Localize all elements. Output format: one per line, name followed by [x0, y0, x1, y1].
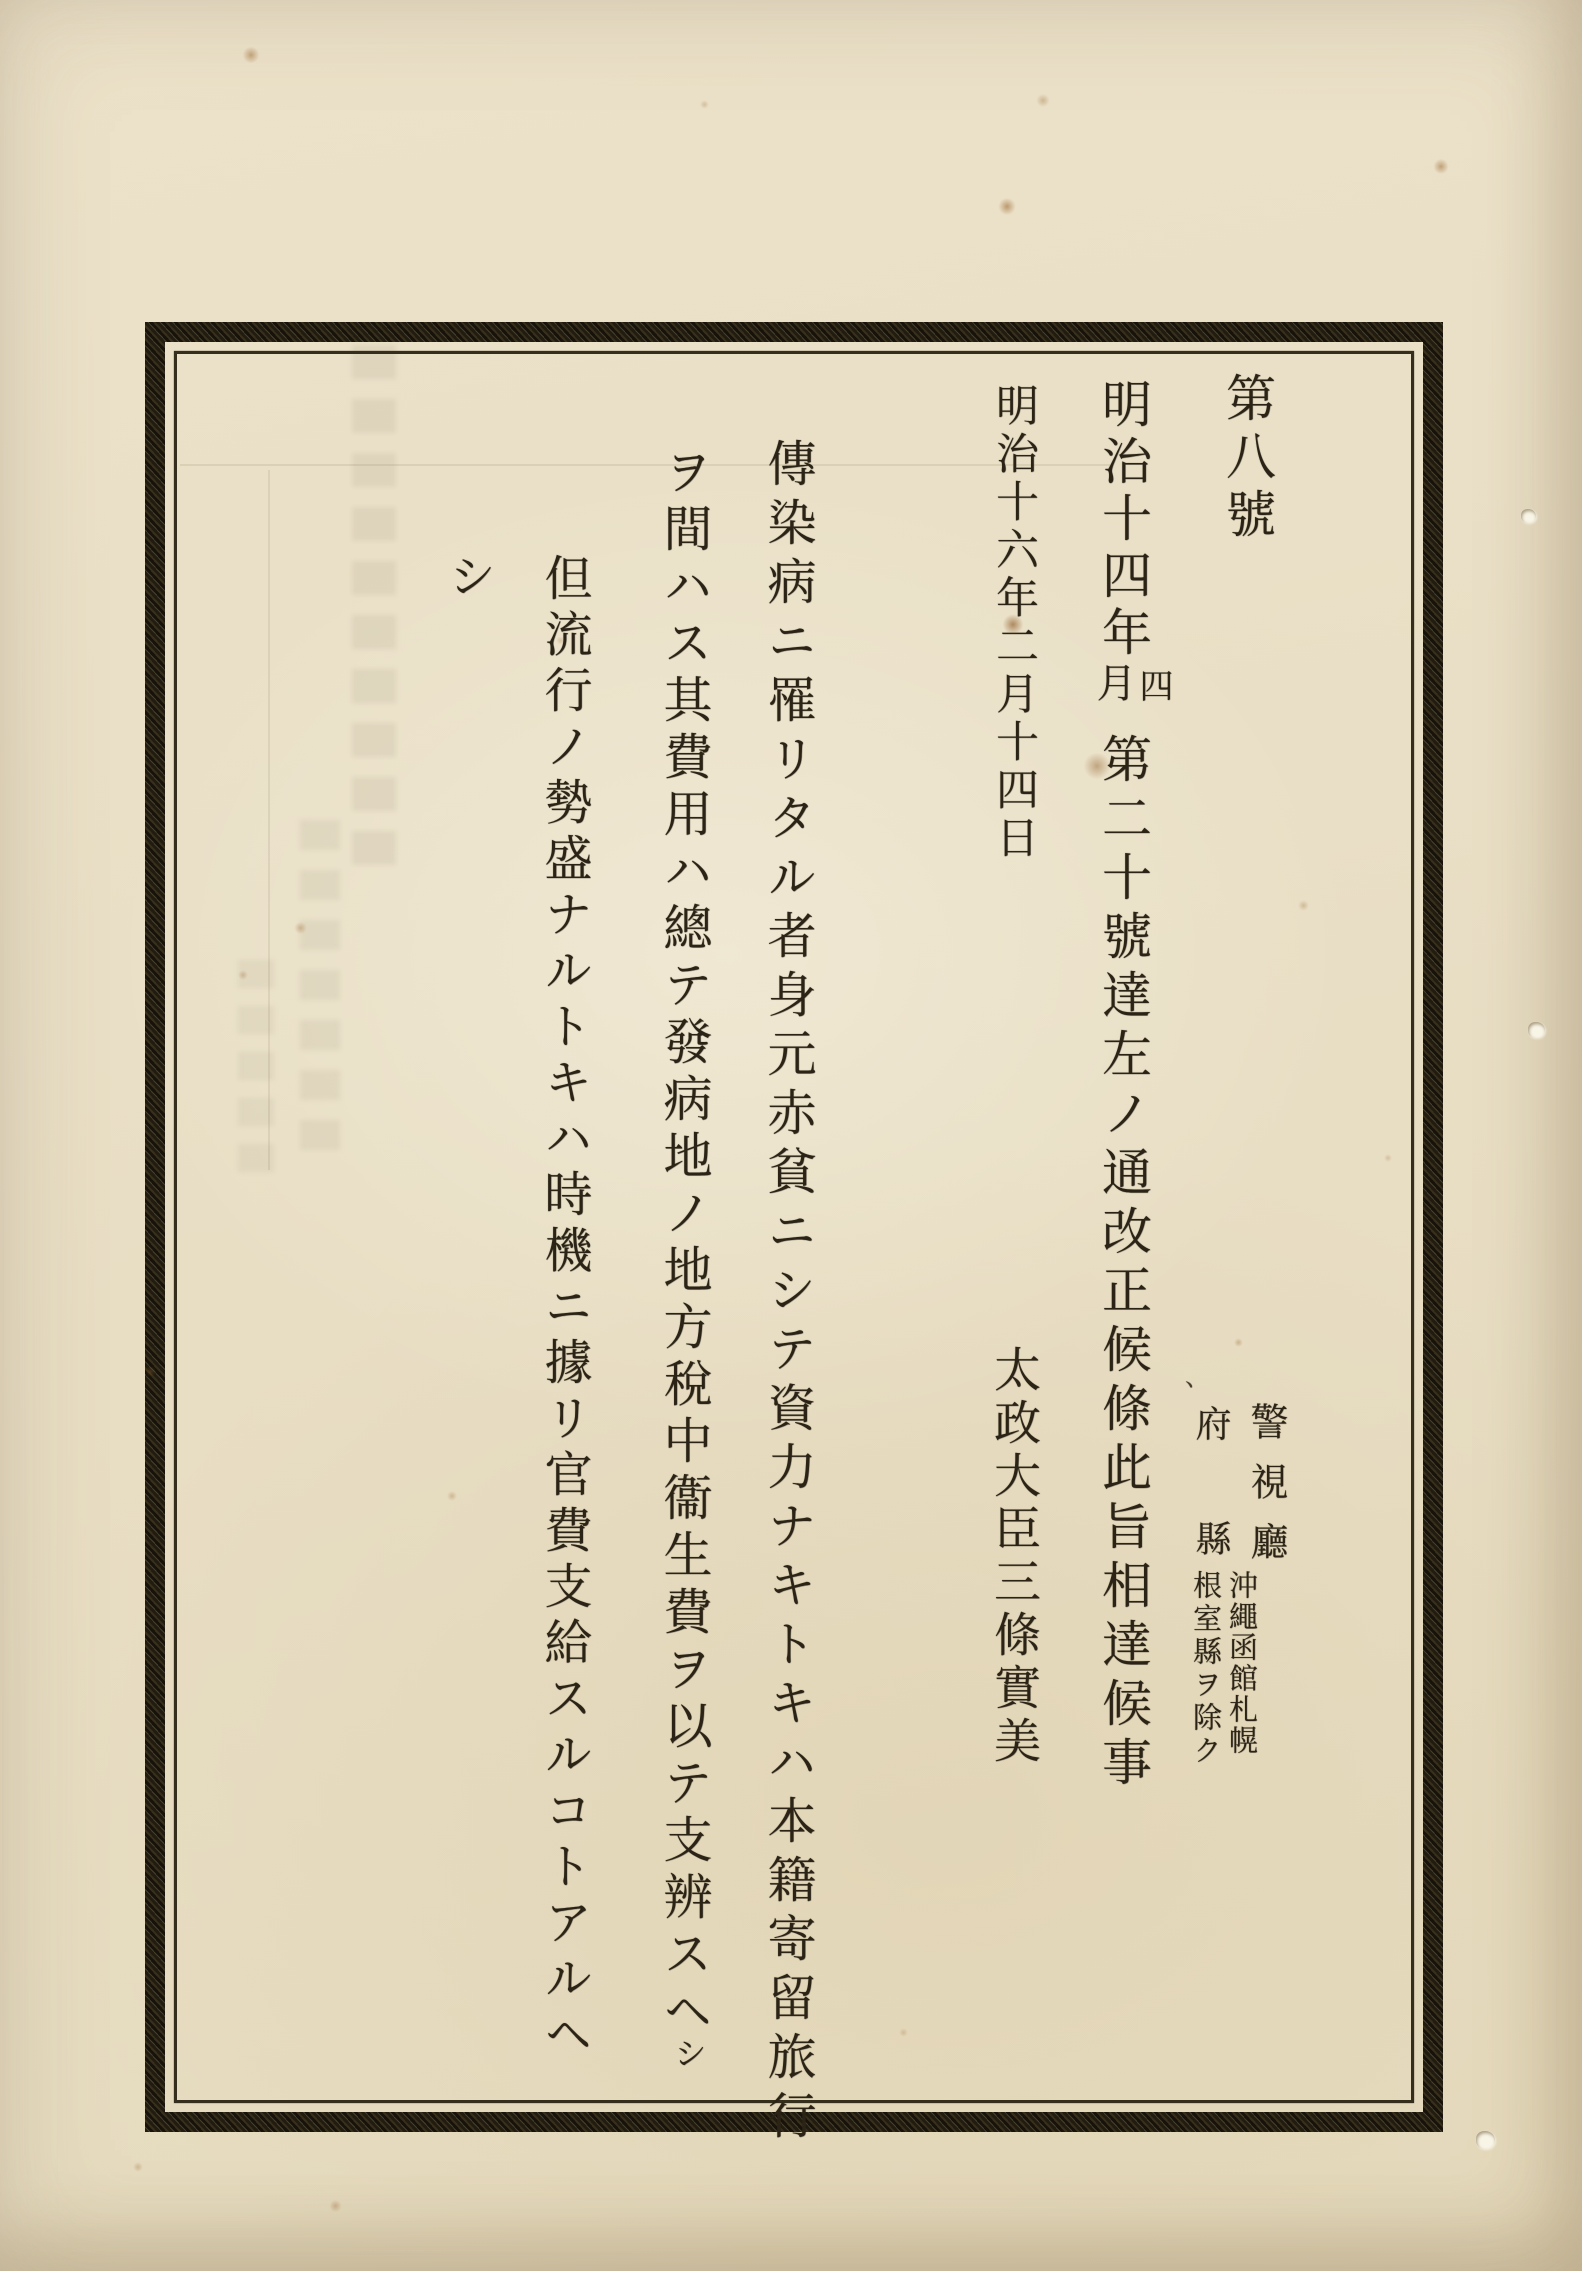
foxing-spot — [242, 47, 260, 63]
addressee-ken: 縣 — [1192, 1520, 1228, 1556]
body-column-2: ヲ間ハス其費用ハ總テ發病地ノ地方稅中衞生費ヲ以テ支辨スヘ — [660, 446, 709, 2042]
issue-number: 第八號 — [1222, 372, 1272, 546]
signature-line: 太政大臣三條實美 — [990, 1345, 1037, 1769]
exception-note-right-column: 沖繩函館札幌 — [1227, 1570, 1256, 1756]
foxing-spot — [329, 2200, 342, 2212]
foxing-spot — [1433, 159, 1449, 174]
exception-note-left-column: 根室縣ヲ除ク — [1191, 1570, 1220, 1768]
body-column-4-tail: シ — [444, 551, 492, 599]
directive-body-text: 第二十號達左ノ通改正候條此旨相達候事 — [1098, 733, 1148, 1795]
foxing-spot — [998, 198, 1016, 215]
foxing-spot — [133, 2162, 143, 2172]
foxing-spot — [1036, 94, 1050, 107]
body-column-3: 但流行ノ勢盛ナルトキハ時機ニ據リ官費支給スルコトアルヘ — [540, 553, 588, 2065]
body-column-1: 傳染病ニ罹リタル者身元赤貧ニシテ資力ナキトキハ本籍寄留旅行 — [764, 438, 813, 2149]
addressee-fu: 府 — [1192, 1405, 1228, 1441]
paper-hole — [1528, 1022, 1545, 1038]
addressee-keishicho: 警視廳 — [1247, 1402, 1285, 1582]
date-line: 明治十六年二月十四日 — [992, 383, 1035, 863]
month-char: 月 — [1093, 662, 1133, 702]
paper-hole — [1521, 509, 1536, 523]
reading-mark: 、 — [1166, 1380, 1192, 1406]
foxing-spot — [700, 100, 709, 109]
document-page: 第八號 明治十四年 四 月 第二十號達左ノ通改正候條此旨相達候事 、 警視廳 府… — [0, 0, 1582, 2271]
inserted-correction-char: 四 — [1136, 668, 1170, 702]
directive-era-prefix: 明治十四年 — [1098, 378, 1148, 663]
paper-hole — [1476, 2131, 1495, 2149]
body-column-2-small-tail: シ — [672, 2036, 705, 2069]
